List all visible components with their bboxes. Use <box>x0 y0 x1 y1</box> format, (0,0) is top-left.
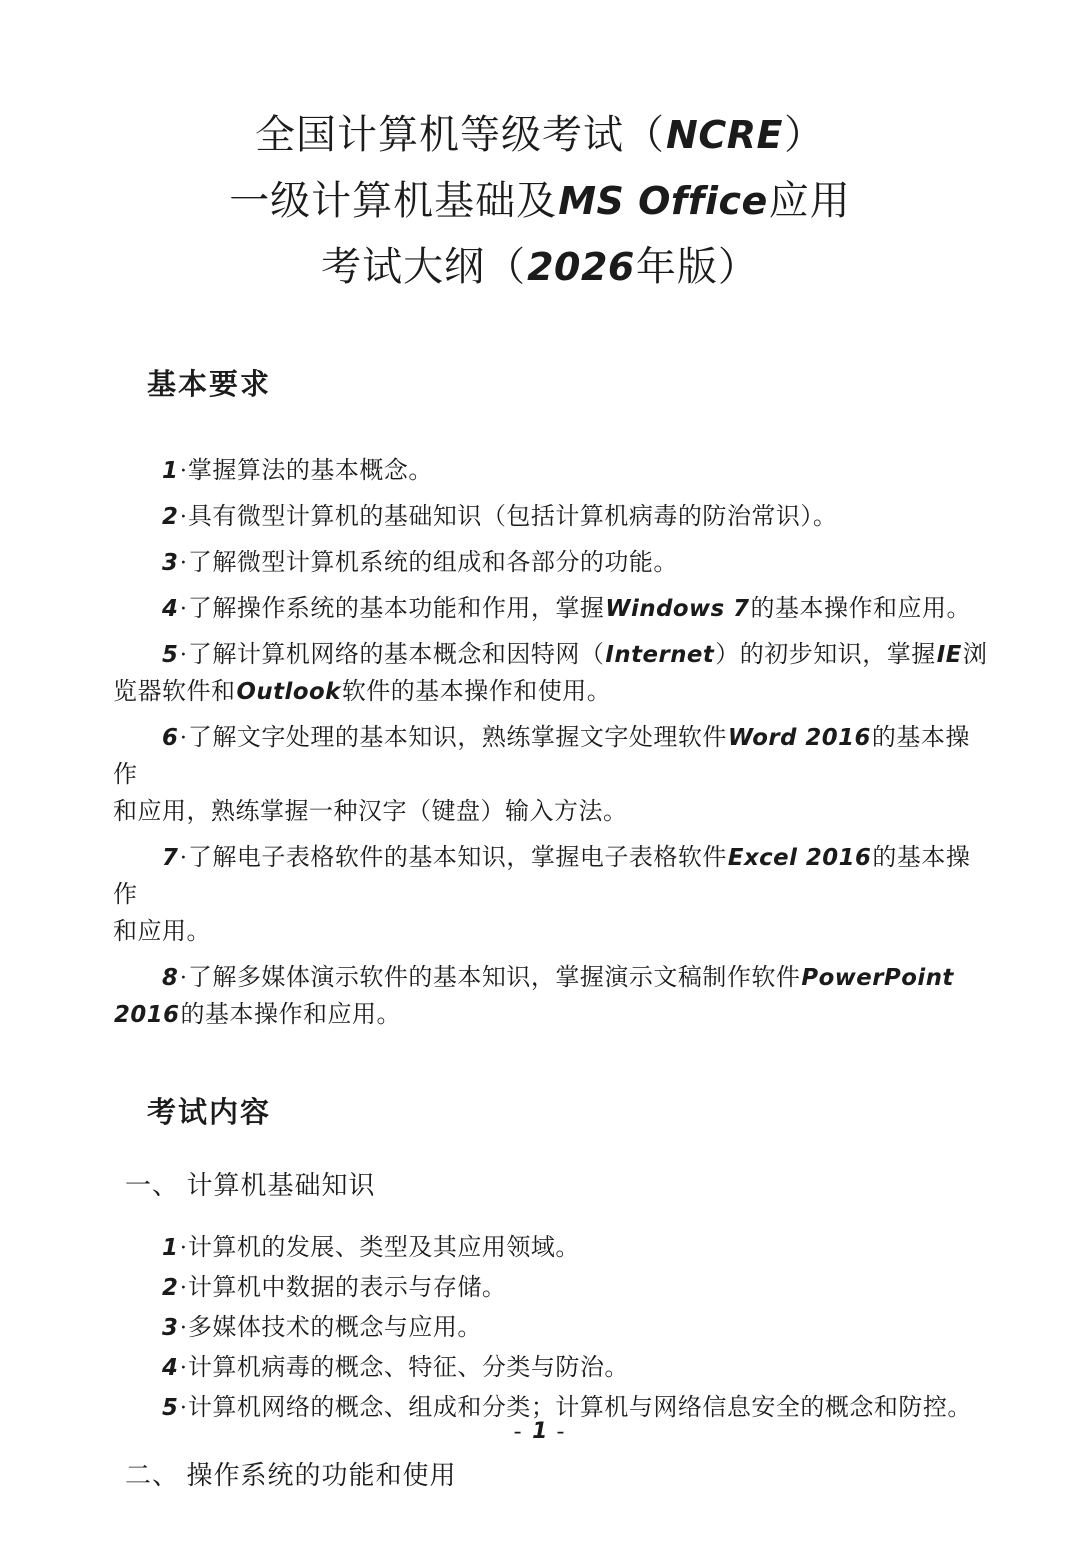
requirement-item-2: 2·具有微型计算机的基础知识（包括计算机病毒的防治常识）。 <box>113 499 990 536</box>
subsection-heading-operating-system: 二、 操作系统的功能和使用 <box>125 1455 990 1492</box>
requirement-item-1: 1·掌握算法的基本概念。 <box>113 453 990 490</box>
title-line-2: 一级计算机基础及MS Office应用 <box>0 168 1080 234</box>
requirement-item-5: 5·了解计算机网络的基本概念和因特网（Internet）的初步知识，掌握IE浏 … <box>113 637 990 711</box>
title-line-1: 全国计算机等级考试（NCRE） <box>0 102 1080 168</box>
document-title: 全国计算机等级考试（NCRE） 一级计算机基础及MS Office应用 考试大纲… <box>0 0 1080 300</box>
computer-basics-list: 1·计算机的发展、类型及其应用领域。 2·计算机中数据的表示与存储。 3·多媒体… <box>113 1230 990 1427</box>
content-item-1: 1·计算机的发展、类型及其应用领域。 <box>113 1230 990 1267</box>
requirement-item-8: 8·了解多媒体演示软件的基本知识，掌握演示文稿制作软件PowerPoint 20… <box>113 960 990 1034</box>
content-item-2: 2·计算机中数据的表示与存储。 <box>113 1270 990 1307</box>
requirement-item-7: 7·了解电子表格软件的基本知识，掌握电子表格软件Excel 2016的基本操作 … <box>113 840 990 951</box>
page-number: - 1 - <box>0 1418 1080 1444</box>
requirement-item-6: 6·了解文字处理的基本知识，熟练掌握文字处理软件Word 2016的基本操作 和… <box>113 720 990 831</box>
content-item-4: 4·计算机病毒的概念、特征、分类与防治。 <box>113 1350 990 1387</box>
subsection-heading-computer-basics: 一、 计算机基础知识 <box>125 1165 990 1202</box>
requirement-item-4: 4·了解操作系统的基本功能和作用，掌握Windows 7的基本操作和应用。 <box>113 591 990 628</box>
document-body: 基本要求 1·掌握算法的基本概念。 2·具有微型计算机的基础知识（包括计算机病毒… <box>0 362 1080 1492</box>
basic-requirements-list: 1·掌握算法的基本概念。 2·具有微型计算机的基础知识（包括计算机病毒的防治常识… <box>113 453 990 1034</box>
section-heading-exam-content: 考试内容 <box>147 1090 990 1131</box>
content-item-3: 3·多媒体技术的概念与应用。 <box>113 1310 990 1347</box>
title-line-3: 考试大纲（2026年版） <box>0 234 1080 300</box>
section-heading-basic-requirements: 基本要求 <box>147 362 990 403</box>
document-page: 全国计算机等级考试（NCRE） 一级计算机基础及MS Office应用 考试大纲… <box>0 0 1080 1544</box>
requirement-item-3: 3·了解微型计算机系统的组成和各部分的功能。 <box>113 545 990 582</box>
